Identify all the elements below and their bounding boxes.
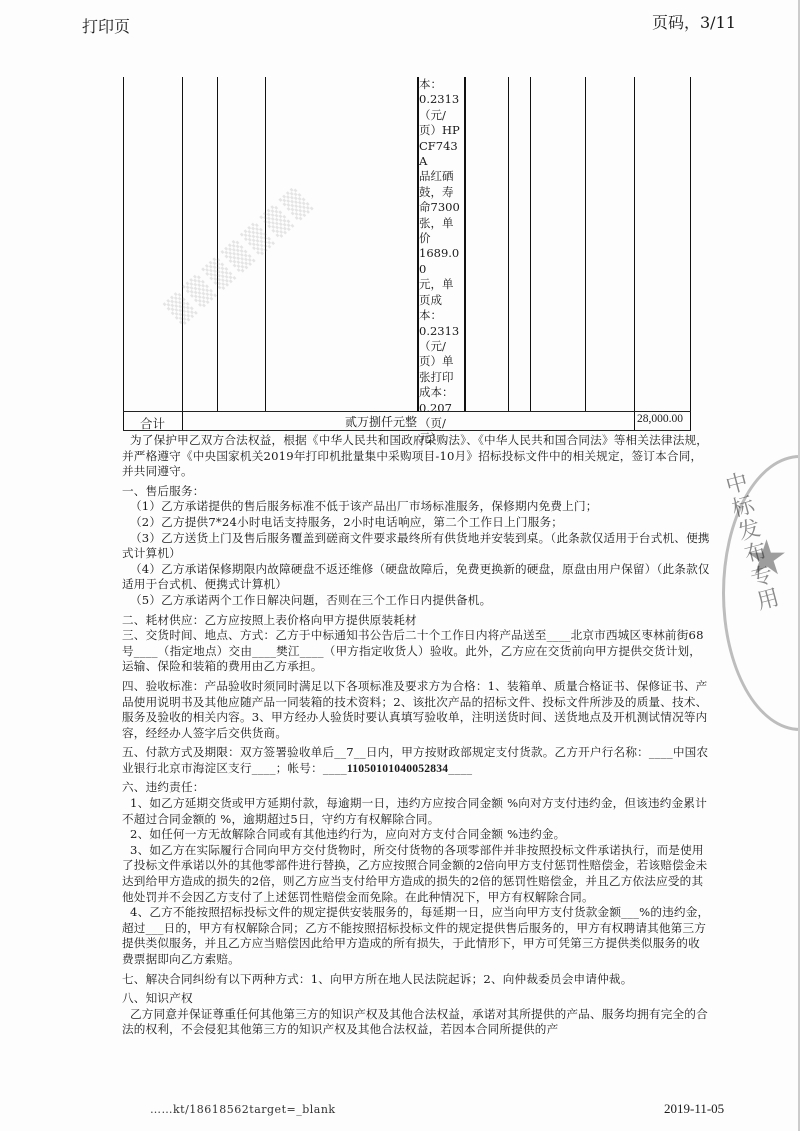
table-border — [123, 77, 124, 412]
cell-line: 鼓，寿 — [419, 185, 463, 200]
cell-line: 张，单 — [419, 216, 463, 231]
contract-body: 为了保护甲乙双方合法权益，根据《中华人民共和国政府采购法》、《中华人民共和国合同… — [122, 433, 710, 1038]
section-title-after-sales: 一、售后服务： — [122, 484, 710, 500]
cell-line: 页成 — [419, 293, 463, 308]
cell-line: 成本： — [419, 385, 463, 400]
table-col-line — [634, 412, 635, 431]
section-consumables: 二、耗材供应：乙方应按照上表价格向甲方提供原装耗材 — [122, 613, 710, 629]
section-title-liability: 六、违约责任： — [122, 780, 710, 796]
table-col-line — [634, 77, 635, 412]
total-amount: 28,000.00 — [637, 413, 683, 425]
table-col-line — [464, 77, 466, 412]
cell-line: （元/ — [419, 339, 463, 354]
bank-account-number: 11050101040052834 — [347, 762, 448, 775]
table-col-line — [182, 412, 183, 431]
preamble: 为了保护甲乙双方合法权益，根据《中华人民共和国政府采购法》、《中华人民共和国合同… — [122, 433, 710, 480]
cell-line: （元/ — [419, 108, 463, 123]
cell-line: 品红硒 — [419, 169, 463, 184]
cell-line: 页）单 — [419, 354, 463, 369]
table-row-line — [123, 430, 691, 431]
section-dispute: 七、解决合同纠纷有以下两种方式：1、向甲方所在地人民法院起诉；2、向仲裁委员会申… — [122, 972, 710, 988]
liability-item: 4、乙方不能按照招标投标文件的规定提供安装服务的，每延期一日，应当向甲方支付货款… — [122, 905, 710, 967]
footer-url: ……kt/18618562target=_blank — [150, 1103, 336, 1116]
after-sales-item: （3）乙方送货上门及售后服务覆盖到磋商文件要求最终所有供货地并安装到桌。（此条款… — [122, 531, 710, 562]
ip-text: 乙方同意并保证尊重任何其他第三方的知识产权及其他合法权益，承诺对其所提供的产品、… — [122, 1007, 710, 1038]
cell-line: （页/ — [419, 416, 463, 431]
after-sales-item: （1）乙方承诺提供的售后服务标准不低于该产品出厂市场标准服务，保修期内免费上门； — [122, 499, 710, 515]
section-payment: 五、付款方式及期限：双方签署验收单后__7__日内，甲方按财政部规定支付货款。乙… — [122, 745, 710, 776]
table-border — [123, 412, 124, 431]
total-label: 合计 — [140, 414, 165, 432]
cell-line: 页）HP — [419, 123, 463, 138]
cell-line: 本： — [419, 77, 463, 92]
section-title-ip: 八、知识产权 — [122, 991, 710, 1007]
section-acceptance: 四、验收标准：产品验收时须同时满足以下各项标准及要求方为合格：1、装箱单、质量合… — [122, 679, 710, 741]
liability-item: 2、如任何一方无故解除合同或有其他违约行为，应向对方支付合同金额 %违约金。 — [122, 827, 710, 843]
table-col-line — [530, 77, 531, 412]
payment-suffix: ____ — [448, 761, 472, 775]
table-col-line — [182, 77, 183, 412]
cell-line: 0.207 — [419, 401, 463, 416]
cell-line: 1689.00 — [419, 246, 463, 277]
after-sales-item: （4）乙方承诺保修期限内故障硬盘不返还维修（硬盘故障后，免费更换新的硬盘，原盘由… — [122, 562, 710, 593]
cell-line: 0.2313 — [419, 324, 463, 339]
cell-line: 价 — [419, 231, 463, 246]
table-col-line — [217, 77, 218, 412]
after-sales-item: （5）乙方承诺两个工作日解决问题，否则在三个工作日内提供备机。 — [122, 593, 710, 609]
section-delivery: 三、交货时间、地点、方式：乙方于中标通知书公告后二十个工作日内将产品送至____… — [122, 628, 710, 675]
footer-date: 2019-11-05 — [664, 1101, 724, 1117]
product-description-cell: 本： 0.2313 （元/ 页）HP CF743A 品红硒 鼓，寿 命7300 … — [419, 77, 463, 447]
liability-item: 1、如乙方延期交货或甲方延期付款，每逾期一日，违约方应按合同金额 %向对方支付违… — [122, 796, 710, 827]
table-border — [690, 77, 691, 431]
liability-item: 3、如乙方在实际履行合同向甲方交付货物时，所交付货物的各项零部件并非按照投标文件… — [122, 843, 710, 905]
seal-star-icon: ★ — [745, 530, 788, 586]
total-in-words: 贰万捌仟元整 — [345, 413, 417, 430]
cell-line: 0.2313 — [419, 92, 463, 107]
table-col-line — [508, 77, 509, 412]
table-row-line — [123, 411, 691, 412]
table-col-line — [585, 77, 586, 412]
cell-line: 本： — [419, 308, 463, 323]
cell-line: CF743A — [419, 139, 463, 170]
after-sales-item: （2）乙方提供7*24小时电话支持服务，2小时电话响应，第二个工作日上门服务； — [122, 515, 710, 531]
cell-line: 命7300 — [419, 200, 463, 215]
item-table: 本： 0.2313 （元/ 页）HP CF743A 品红硒 鼓，寿 命7300 … — [0, 0, 800, 430]
cell-line: 元，单 — [419, 277, 463, 292]
cell-line: 张打印 — [419, 370, 463, 385]
